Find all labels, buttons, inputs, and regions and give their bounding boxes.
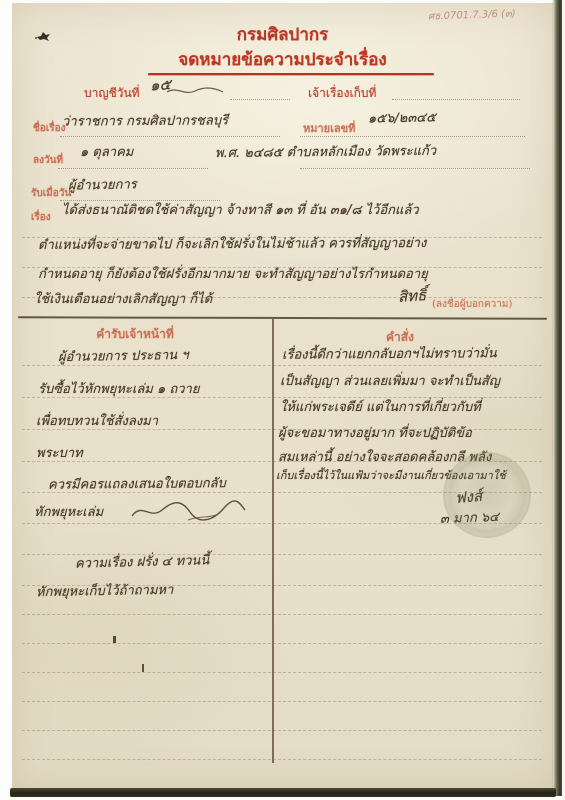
field-date-extra: พ.ศ. ๒๔๘๕ ตำบลหลักเมือง วัดพระแก้ว <box>215 145 436 162</box>
ruled-line <box>22 429 542 430</box>
dotted-line <box>392 99 520 100</box>
ruled-line <box>22 492 542 493</box>
field-matter-label: เรื่อง <box>31 210 51 225</box>
scan-margin-top <box>0 0 565 3</box>
left-column-line: เพื่อทบทวนใช้สั่งลงมา <box>36 415 158 429</box>
body-line: ตำแหน่งที่จะจ่ายขาดไป ก็จะเลิกใช้ฝรั่งใน… <box>38 237 426 253</box>
ruled-line <box>22 643 542 644</box>
field-subject-label: ชื่อเรื่อง <box>33 121 65 136</box>
dotted-line <box>300 168 530 169</box>
body-line: กำหนดอายุ ก็ยังต้องใช้ฝรั่งอีกมากมาย จะท… <box>38 268 428 282</box>
department-title: กรมศิลปากร <box>0 21 565 48</box>
field-received-label: รับเมื่อวัน <box>31 186 71 201</box>
left-column-line: ควรมีคอรแถลงเสนอใบตอบกลับ <box>48 477 226 493</box>
pen-flourish <box>165 84 225 98</box>
ink-speck <box>113 636 116 643</box>
official-seal <box>443 452 531 538</box>
dotted-line <box>60 136 280 137</box>
ruled-line <box>22 554 542 555</box>
right-column-title: คำสั่ง <box>330 328 470 347</box>
field-date-value: ๑ ตุลาคม <box>80 146 133 160</box>
left-column-line: พระบาท <box>36 447 83 461</box>
scan-edge-bottom <box>10 788 556 797</box>
dotted-line <box>230 99 290 100</box>
ruled-line <box>22 461 542 462</box>
body-line: ได้ส่งธนาณัติชดใช้ค่าสัญญา จ้างทาสี ๑๓ ท… <box>62 204 419 218</box>
ruled-line <box>22 365 542 366</box>
ruled-line <box>22 701 542 702</box>
ruled-line <box>22 614 542 615</box>
field-number-label: หมายเลขที่ <box>303 119 355 137</box>
dotted-line <box>58 168 208 169</box>
ruled-line <box>22 585 542 586</box>
ruled-line <box>22 397 542 398</box>
left-column-line: หักพยุหะเล่ม <box>34 506 103 520</box>
scan-edge-right <box>552 0 562 796</box>
official-signature <box>128 498 248 524</box>
right-column-line: เป็นสัญญา ส่วนเลยเพิ่มมา จะทำเป็นสัญ <box>280 375 500 389</box>
ruled-line <box>22 297 542 298</box>
left-column-line: รับซื้อไว้หักพยุหะเล่ม ๑ ถวาย <box>38 383 199 397</box>
field-subject-value: ว่าราชการ กรมศิลปากรชลบุรี <box>62 114 228 129</box>
right-column-line: ให้แก่พระเจดีย์ แต่ในการที่เกี่ยวกับที่ <box>280 401 481 415</box>
ruled-line <box>22 672 542 673</box>
left-column-line: ผู้อำนวยการ ประธาน ฯ <box>58 349 189 366</box>
dotted-line <box>300 136 525 137</box>
ruled-line <box>22 267 542 268</box>
left-column-title: คำรับเจ้าหน้าที่ <box>60 325 210 344</box>
header-rule <box>148 73 434 75</box>
column-divider <box>272 319 274 763</box>
field-received-value: ผู้อำนวยการ <box>68 178 137 193</box>
ruled-line <box>22 759 542 760</box>
dotted-line <box>60 200 220 201</box>
ruled-line <box>22 237 542 238</box>
field-number-value: ๑๕๖/๒๓๔๕ <box>368 111 436 126</box>
body-line: ใช้เงินเดือนอย่างเลิกสัญญา ก็ได้ <box>34 293 212 307</box>
reporter-signature-caption: (ลงชื่อผู้บอกความ) <box>432 297 512 312</box>
right-column-line: เรื่องนี้ดีกว่าแยกกลับอกฯไม่ทราบว่ามั่น <box>282 347 497 363</box>
field-date-label: ลงวันที่ <box>33 153 63 168</box>
scanned-document: ศธ.0701.7.3/6 (๓) กรมศิลปากร จดหมายข้อคว… <box>0 0 565 800</box>
ruled-line <box>22 730 542 731</box>
ruled-line <box>22 523 542 524</box>
register-file-label: เจ้าเรื่องเก็บที่ <box>308 84 376 103</box>
form-title: จดหมายข้อความประจำเรื่อง <box>0 46 565 73</box>
ink-speck <box>142 664 144 672</box>
left-note-line: หักพยุหะเก็บไว้ถ้าถามหา <box>36 584 174 601</box>
register-date-label: บาญชีวันที่ <box>84 84 140 103</box>
scan-margin-left <box>0 0 12 800</box>
